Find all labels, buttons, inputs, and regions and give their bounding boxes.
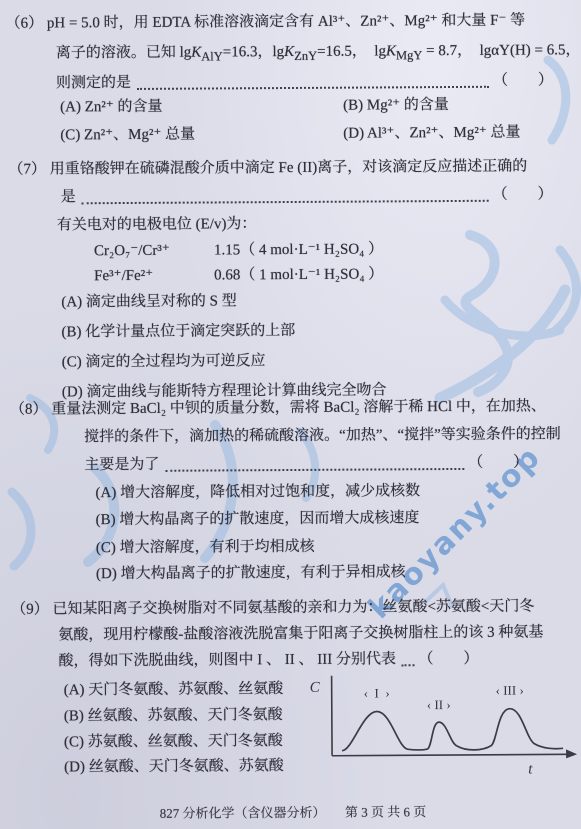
q8-line1: （8） 重量法测定 BaCl₂ 中钡的质量分数，需将 BaCl₂ 溶解于稀 HC… bbox=[10, 396, 546, 419]
dotted-leader bbox=[82, 188, 489, 204]
dotted-leader bbox=[137, 74, 489, 90]
chart-x-axis bbox=[332, 754, 568, 755]
q6-option-c: (C) Zn²⁺、Mg²⁺ 总量 bbox=[60, 125, 195, 146]
q9-option-d: (D) 丝氨酸、天门冬氨酸、苏氨酸 bbox=[64, 756, 284, 777]
q9-option-b: (B) 丝氨酸、苏氨酸、天门冬氨酸 bbox=[64, 705, 283, 726]
q7-couple1: Cr₂O₇⁻/Cr³⁺ bbox=[94, 241, 170, 261]
q7-answer-blank: （ ） bbox=[493, 184, 553, 204]
q7-option-b: (B) 化学计量点位于滴定突跃的上部 bbox=[61, 321, 295, 342]
peak-2-label: ‹ II › bbox=[427, 697, 451, 712]
peak-3-label: ‹ III › bbox=[496, 683, 524, 698]
y-axis-label: C bbox=[310, 680, 321, 696]
elution-curve-chart: C t ‹ I › ‹ II › ‹ III › bbox=[300, 664, 579, 778]
q6-line2: 离子的溶液。已知 lgKAlY=16.3，lgKZnY=16.5， lgKMgY… bbox=[56, 40, 581, 67]
q6-option-d: (D) Al³⁺、Zn²⁺、Mg²⁺ 总量 bbox=[343, 123, 520, 144]
q8-line2: 搅拌的条件下，滴加热的稀硫酸溶液。“加热”、“搅拌”等实验条件的控制 bbox=[84, 424, 561, 447]
q7-stem-text: 是 bbox=[61, 187, 76, 207]
q6-option-b: (B) Mg²⁺ 的含量 bbox=[343, 95, 449, 116]
exam-paper-page: kaoyany.top （6） pH = 5.0 时，用 EDTA 标准溶液滴定… bbox=[0, 0, 581, 829]
q7-option-c: (C) 滴定的全过程均为可逆反应 bbox=[62, 351, 266, 372]
q7-line3: 有关电对的电极电位 (E/v)为： bbox=[57, 214, 257, 235]
x-axis-arrow-icon bbox=[566, 749, 577, 758]
q7-couple2: Fe³⁺/Fe²⁺ bbox=[94, 266, 153, 286]
q8-option-a: (A) 增大溶解度，降低相对过饱和度，减少成核数 bbox=[95, 481, 420, 503]
q8-answer-blank: （ ） bbox=[468, 453, 528, 473]
q7-stem-row: 是 （ ） bbox=[61, 184, 553, 207]
q9-line1: （9） 已知某阳离子交换树脂对不同氨基酸的亲和力为：丝氨酸<苏氨酸<天门冬 bbox=[11, 597, 534, 620]
elution-curve bbox=[342, 708, 563, 750]
q6-line1: （6） pH = 5.0 时，用 EDTA 标准溶液滴定含有 Al³⁺、Zn²⁺… bbox=[6, 11, 526, 34]
page-content: （6） pH = 5.0 时，用 EDTA 标准溶液滴定含有 Al³⁺、Zn²⁺… bbox=[0, 0, 581, 829]
q6-stem-row: 则测定的是 （ ） bbox=[56, 70, 553, 93]
dotted-leader bbox=[165, 456, 464, 472]
q8-stem-text: 主要是为了 bbox=[84, 455, 159, 475]
q6-answer-blank: （ ） bbox=[493, 70, 553, 90]
q8-option-b: (B) 增大构晶离子的扩散速度，因而增大成核速度 bbox=[96, 508, 420, 530]
q8-option-c: (C) 增大溶解度，有利于均相成核 bbox=[96, 537, 315, 558]
q6-option-a: (A) Zn²⁺ 的含量 bbox=[60, 97, 163, 118]
q9-line2: 氨酸，现用柠檬酸-盐酸溶液洗脱富集于阳离子交换树脂柱上的该 3 种氨基 bbox=[58, 622, 543, 645]
q7-potential2: 0.68（ 1 mol·L⁻¹ H₂SO₄ ） bbox=[214, 264, 383, 285]
peak-1-label: ‹ I › bbox=[364, 685, 390, 700]
q7-option-a: (A) 滴定曲线呈对称的 S 型 bbox=[61, 291, 237, 312]
dotted-leader bbox=[402, 652, 415, 666]
q8-stem-row: 主要是为了 （ ） bbox=[84, 453, 528, 476]
q6-stem-text: 则测定的是 bbox=[56, 73, 131, 93]
q9-option-c: (C) 苏氨酸、丝氨酸、天门冬氨酸 bbox=[64, 731, 283, 752]
q9-option-a: (A) 天门冬氨酸、苏氨酸、丝氨酸 bbox=[64, 679, 284, 700]
q7-line1: （7） 用重铬酸钾在硫磷混酸介质中滴定 Fe (II)离子，对该滴定反应描述正确… bbox=[8, 157, 527, 180]
page-footer: 827 分析化学（含仪器分析） 第 3 页 共 6 页 bbox=[2, 800, 581, 823]
q7-potential1: 1.15（ 4 mol·L⁻¹ H₂SO₄ ） bbox=[214, 239, 383, 260]
q8-option-d: (D) 增大构晶离子的扩散速度，有利于异相成核 bbox=[96, 562, 406, 584]
x-axis-label: t bbox=[528, 762, 533, 778]
